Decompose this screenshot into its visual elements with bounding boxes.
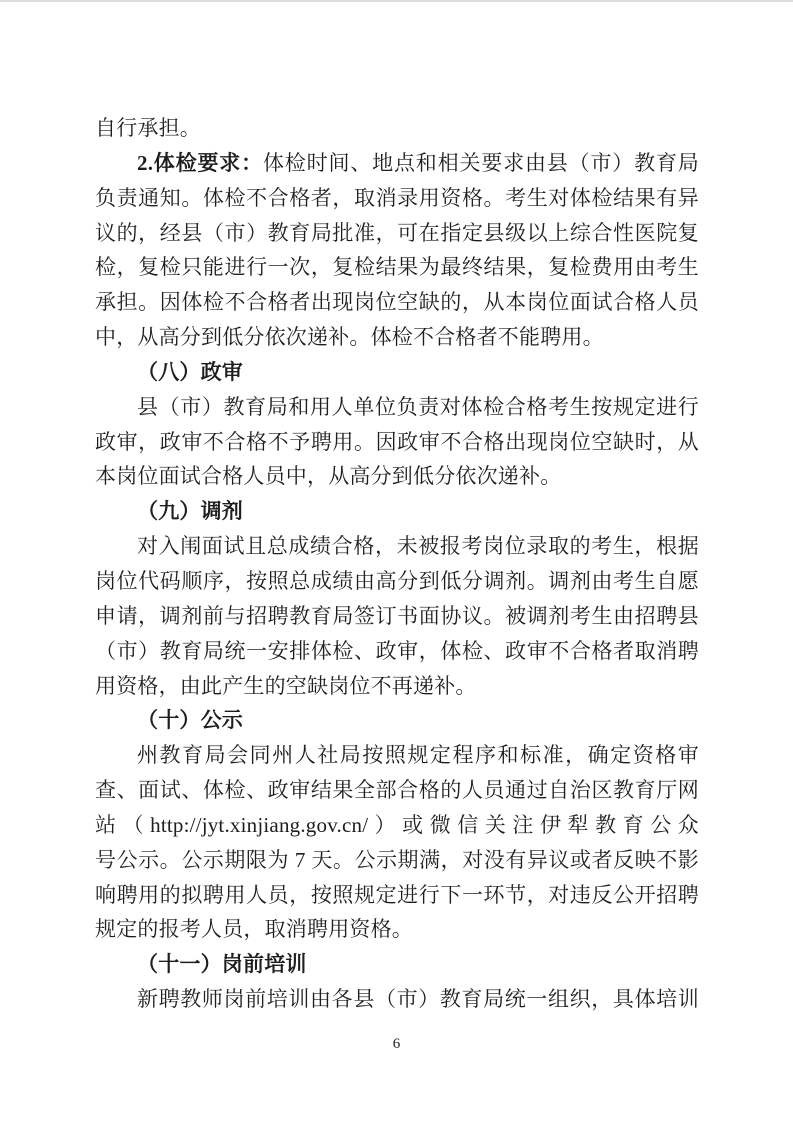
text-run: 响聘用的拟聘用人员，按照规定进行下一环节，对违反公开招聘 xyxy=(95,883,699,907)
text-line: 号公示。公示期限为 7 天。公示期满，对没有异议或者反映不影 xyxy=(95,843,699,878)
text-run: 查、面试、体检、政审结果全部合格的人员通过自治区教育厅网 xyxy=(95,778,699,802)
text-run: 中，从高分到低分依次递补。体检不合格者不能聘用。 xyxy=(95,325,604,349)
text-run: 检，复检只能进行一次，复检结果为最终结果，复检费用由考生 xyxy=(95,255,699,279)
section-heading-line: （九）调剂 xyxy=(95,494,699,529)
bold-text-run: （八）政审 xyxy=(137,360,243,384)
text-line: 负责通知。体检不合格者，取消录用资格。考生对体检结果有异 xyxy=(95,181,699,216)
text-run: 对入闱面试且总成绩合格，未被报考岗位录取的考生，根据 xyxy=(137,534,699,558)
text-run: 号公示。公示期限为 7 天。公示期满，对没有异议或者反映不影 xyxy=(95,848,699,872)
document-page: 自行承担。2.体检要求：体检时间、地点和相关要求由县（市）教育局负责通知。体检不… xyxy=(0,0,793,1122)
text-run: 县（市）教育局和用人单位负责对体检合格考生按规定进行 xyxy=(137,395,699,419)
text-run: 申请，调剂前与招聘教育局签订书面协议。被调剂考生由招聘县 xyxy=(95,604,699,628)
text-run: 承担。因体检不合格者出现岗位空缺的，从本岗位面试合格人员 xyxy=(95,290,699,314)
text-line: 议的，经县（市）教育局批准，可在指定县级以上综合性医院复 xyxy=(95,216,699,251)
text-line: 用资格，由此产生的空缺岗位不再递补。 xyxy=(95,669,699,704)
text-run: 州教育局会同州人社局按照规定程序和标准，确定资格审 xyxy=(137,743,699,767)
text-line: 响聘用的拟聘用人员，按照规定进行下一环节，对违反公开招聘 xyxy=(95,878,699,913)
text-run: 本岗位面试合格人员中，从高分到低分依次递补。 xyxy=(95,464,561,488)
text-run: 自行承担。 xyxy=(95,116,201,140)
text-line: 自行承担。 xyxy=(95,111,699,146)
section-heading-line: （十一）岗前培训 xyxy=(95,947,699,982)
text-line: 对入闱面试且总成绩合格，未被报考岗位录取的考生，根据 xyxy=(95,529,699,564)
text-line: 承担。因体检不合格者出现岗位空缺的，从本岗位面试合格人员 xyxy=(95,285,699,320)
bold-text-run: （十）公示 xyxy=(137,708,243,732)
text-line: 规定的报考人员，取消聘用资格。 xyxy=(95,912,699,947)
text-line: 检，复检只能进行一次，复检结果为最终结果，复检费用由考生 xyxy=(95,250,699,285)
text-run: 政审，政审不合格不予聘用。因政审不合格出现岗位空缺时，从 xyxy=(95,430,699,454)
section-heading-line: （十）公示 xyxy=(95,703,699,738)
text-line: 中，从高分到低分依次递补。体检不合格者不能聘用。 xyxy=(95,320,699,355)
text-run: 负责通知。体检不合格者，取消录用资格。考生对体检结果有异 xyxy=(95,186,699,210)
text-line: 州教育局会同州人社局按照规定程序和标准，确定资格审 xyxy=(95,738,699,773)
bold-text-run: 2.体检要求： xyxy=(137,151,263,175)
text-line: 县（市）教育局和用人单位负责对体检合格考生按规定进行 xyxy=(95,390,699,425)
text-run: 新聘教师岗前培训由各县（市）教育局统一组织，具体培训 xyxy=(137,987,699,1011)
bold-text-run: （九）调剂 xyxy=(137,499,243,523)
section-heading-line: （八）政审 xyxy=(95,355,699,390)
text-line: 申请，调剂前与招聘教育局签订书面协议。被调剂考生由招聘县 xyxy=(95,599,699,634)
text-run: 议的，经县（市）教育局批准，可在指定县级以上综合性医院复 xyxy=(95,221,699,245)
text-run: 用资格，由此产生的空缺岗位不再递补。 xyxy=(95,674,477,698)
text-run: 站（http://jyt.xinjiang.gov.cn/）或微信关注伊犁教育公… xyxy=(95,813,699,837)
text-line: 政审，政审不合格不予聘用。因政审不合格出现岗位空缺时，从 xyxy=(95,425,699,460)
text-run: 规定的报考人员，取消聘用资格。 xyxy=(95,917,413,941)
page-number: 6 xyxy=(0,1036,793,1053)
text-run: 岗位代码顺序，按照总成绩由高分到低分调剂。调剂由考生自愿 xyxy=(95,569,699,593)
text-line: 岗位代码顺序，按照总成绩由高分到低分调剂。调剂由考生自愿 xyxy=(95,564,699,599)
bold-text-run: （十一）岗前培训 xyxy=(137,952,307,976)
text-line: 2.体检要求：体检时间、地点和相关要求由县（市）教育局 xyxy=(95,146,699,181)
text-line: 站（http://jyt.xinjiang.gov.cn/）或微信关注伊犁教育公… xyxy=(95,808,699,843)
text-line: 查、面试、体检、政审结果全部合格的人员通过自治区教育厅网 xyxy=(95,773,699,808)
text-line: 新聘教师岗前培训由各县（市）教育局统一组织，具体培训 xyxy=(95,982,699,1017)
text-run: 体检时间、地点和相关要求由县（市）教育局 xyxy=(263,151,699,175)
text-run: （市）教育局统一安排体检、政审，体检、政审不合格者取消聘 xyxy=(95,639,699,663)
scan-edge-artifact xyxy=(0,0,793,2)
text-line: （市）教育局统一安排体检、政审，体检、政审不合格者取消聘 xyxy=(95,634,699,669)
text-line: 本岗位面试合格人员中，从高分到低分依次递补。 xyxy=(95,459,699,494)
document-body: 自行承担。2.体检要求：体检时间、地点和相关要求由县（市）教育局负责通知。体检不… xyxy=(95,111,699,1017)
